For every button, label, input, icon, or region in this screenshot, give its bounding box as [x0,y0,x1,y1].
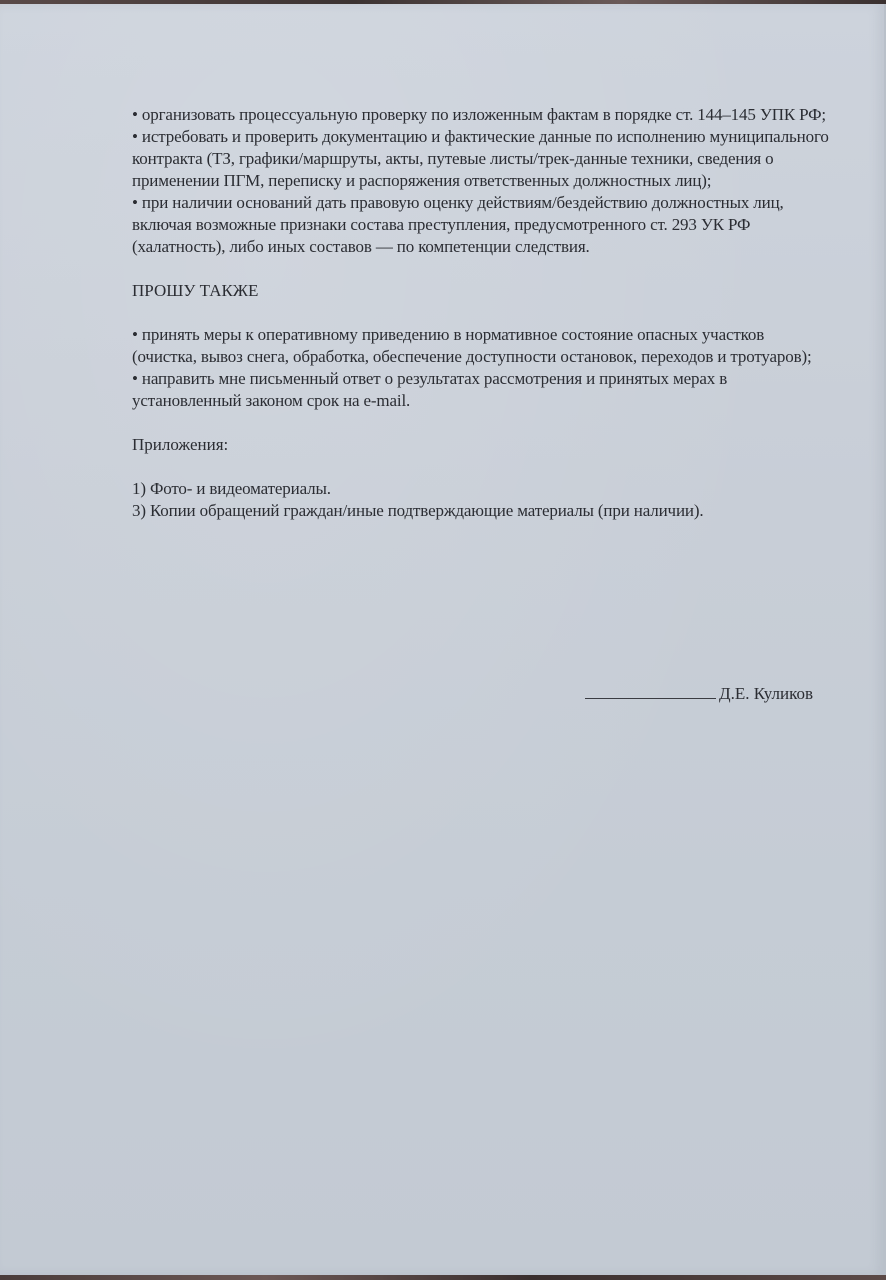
paper-page: • организовать процессуальную проверку п… [0,4,886,1275]
also-request-heading: ПРОШУ ТАКЖЕ [132,280,832,302]
also-request-list: • принять меры к оперативному приведению… [132,324,832,412]
attachment-item-copies: 3) Копии обращений граждан/иные подтверж… [132,500,832,522]
request-list: • организовать процессуальную проверку п… [132,104,832,258]
attachments-heading: Приложения: [132,434,832,456]
table-surface-bottom [0,1275,886,1280]
attachments-list: 1) Фото- и видеоматериалы. 3) Копии обра… [132,478,832,522]
signatory-name: Д.Е. Куликов [719,684,813,703]
spacer [132,258,832,280]
request-item-documentation: • истребовать и проверить документацию и… [132,126,832,192]
request-item-legal-assessment: • при наличии оснований дать правовую оц… [132,192,832,258]
spacer [132,302,832,324]
document-body: • организовать процессуальную проверку п… [132,104,832,522]
signature-line [585,681,716,699]
spacer [132,456,832,478]
request-item-procedural-check: • организовать процессуальную проверку п… [132,104,832,126]
attachment-item-photo-video: 1) Фото- и видеоматериалы. [132,478,832,500]
spacer [132,412,832,434]
also-item-written-reply: • направить мне письменный ответ о резул… [132,368,832,412]
signature-block: Д.Е. Куликов [585,681,813,705]
also-item-measures: • принять меры к оперативному приведению… [132,324,832,368]
